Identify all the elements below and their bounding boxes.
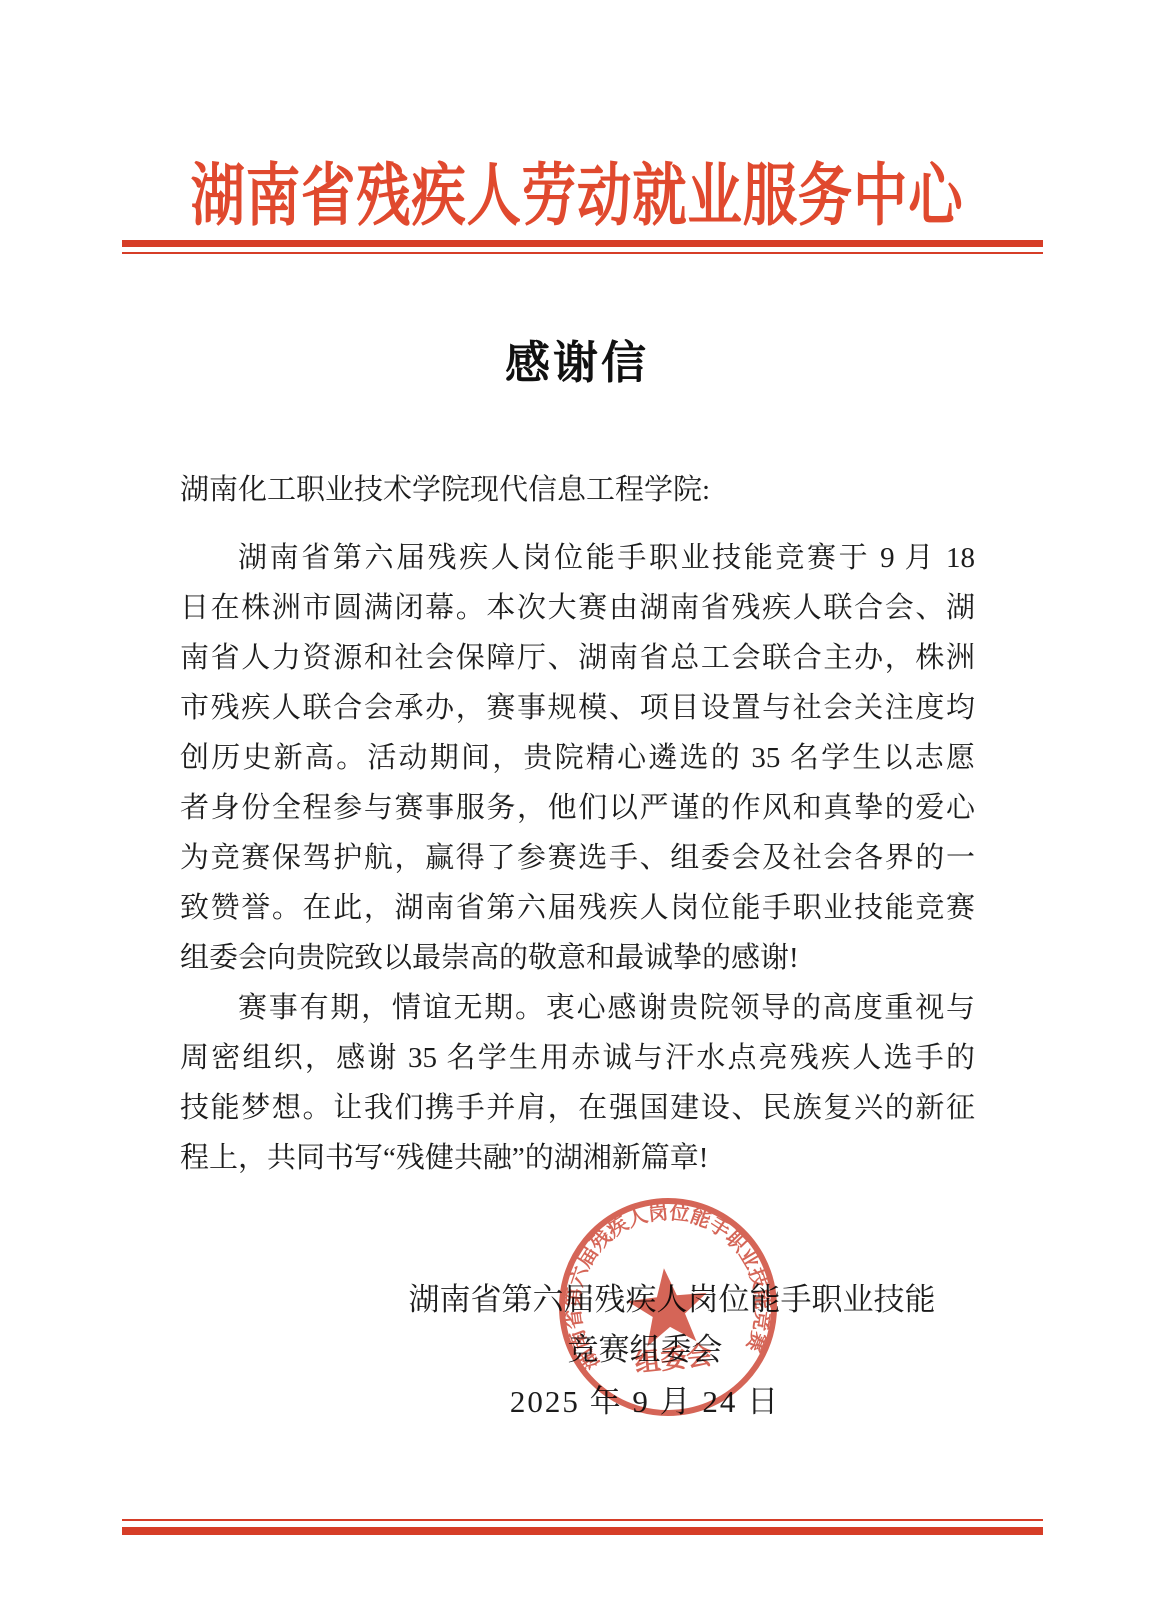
letter-title: 感谢信 xyxy=(0,326,1154,391)
letter-body-line: 程上，共同书写“残健共融”的湖湘新篇章! xyxy=(180,1133,975,1183)
letterhead-org-name: 湖南省残疾人劳动就业服务中心 xyxy=(115,142,1038,239)
letter-body-line: 组委会向贵院致以最崇高的敬意和最诚挚的感谢! xyxy=(180,933,975,983)
bottom-rule-thick xyxy=(122,1527,1043,1535)
letter-body-line: 湖南省第六届残疾人岗位能手职业技能竞赛于 9 月 18 xyxy=(180,533,975,583)
seal-star-icon xyxy=(624,1264,711,1348)
seal-bottom-text: 组委会 xyxy=(633,1341,714,1378)
letter-salutation-line: 湖南化工职业技术学院现代信息工程学院: xyxy=(180,465,975,515)
bottom-rule-thin xyxy=(122,1519,1043,1521)
letter-body-line: 市残疾人联合会承办，赛事规模、项目设置与社会关注度均 xyxy=(180,683,975,733)
letter-body-line: 南省人力资源和社会保障厅、湖南省总工会联合主办，株洲 xyxy=(180,633,975,683)
letter-body-line: 创历史新高。活动期间，贵院精心遴选的 35 名学生以志愿 xyxy=(180,733,975,783)
letter-body-line: 日在株洲市圆满闭幕。本次大赛由湖南省残疾人联合会、湖 xyxy=(180,583,975,633)
letter-page: 湖南省残疾人劳动就业服务中心 感谢信 湖南化工职业技术学院现代信息工程学院:湖南… xyxy=(0,0,1154,1624)
letter-body: 湖南化工职业技术学院现代信息工程学院:湖南省第六届残疾人岗位能手职业技能竞赛于 … xyxy=(180,465,975,1183)
official-seal-stamp: 湖南省第六届残疾人岗位能手职业技能竞赛 组委会 xyxy=(542,1181,795,1434)
letter-body-line: 致赞誉。在此，湖南省第六届残疾人岗位能手职业技能竞赛 xyxy=(180,883,975,933)
letter-body-line: 者身份全程参与赛事服务，他们以严谨的作风和真挚的爱心 xyxy=(180,783,975,833)
top-rule-thick xyxy=(122,240,1043,247)
top-rule-thin xyxy=(122,252,1043,254)
letter-body-line: 赛事有期，情谊无期。衷心感谢贵院领导的高度重视与 xyxy=(180,983,975,1033)
letter-body-line: 周密组织，感谢 35 名学生用赤诚与汗水点亮残疾人选手的 xyxy=(180,1033,975,1083)
letter-body-line: 技能梦想。让我们携手并肩，在强国建设、民族复兴的新征 xyxy=(180,1083,975,1133)
letter-body-line: 为竞赛保驾护航，赢得了参赛选手、组委会及社会各界的一 xyxy=(180,833,975,883)
